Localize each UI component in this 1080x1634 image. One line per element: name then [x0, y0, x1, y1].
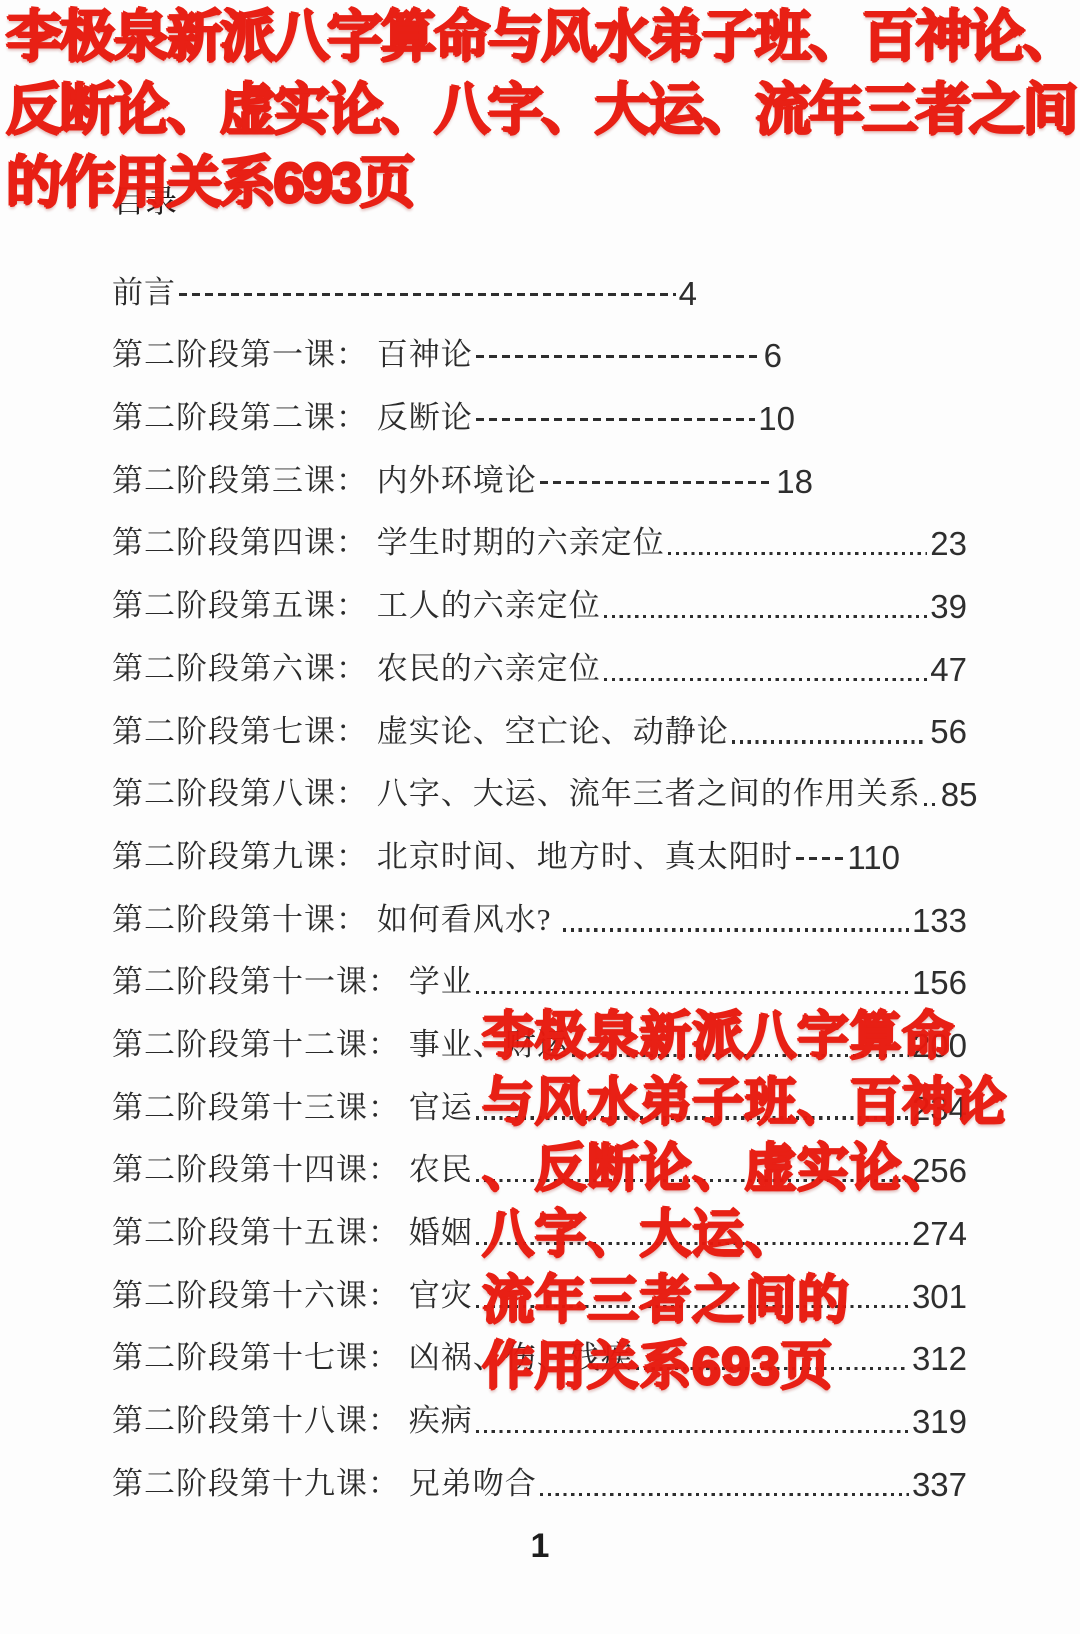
toc-row: 第二阶段第一课： 百神论 6 [112, 321, 782, 384]
watermark-middle-overlay: 李极泉新派八字算命 与风水弟子班、百神论 、反断论、虚实论、 八字、大运、 流年… [482, 1004, 1007, 1400]
toc-entry-label: 第二阶段第十三课： 官运 [112, 1092, 473, 1123]
toc-leader-line [476, 418, 756, 421]
toc-leader-line [668, 552, 928, 555]
toc-entry-label: 第二阶段第八课： 八字、大运、流年三者之间的作用关系 [112, 778, 921, 809]
toc-entry-page-number: 56 [930, 717, 967, 746]
toc-entry-label: 第二阶段第六课： 农民的六亲定位 [112, 653, 601, 684]
toc-leader-line [476, 355, 761, 358]
toc-row: 第二阶段第十一课： 学业 156 [112, 948, 967, 1011]
watermark-top-line-2: 反断论、虚实论、八字、大运、流年三者之间 [6, 73, 1076, 146]
toc-row: 第二阶段第二课： 反断论 10 [112, 383, 795, 446]
toc-entry-label: 第二阶段第七课： 虚实论、空亡论、动静论 [112, 716, 729, 747]
toc-leader-line [604, 615, 928, 618]
toc-entry-label: 第二阶段第二课： 反断论 [112, 402, 473, 433]
toc-leader-line [732, 740, 928, 743]
toc-entry-label: 第二阶段第十九课： 兄弟吻合 [112, 1468, 537, 1499]
toc-entry-label: 第二阶段第三课： 内外环境论 [112, 465, 537, 496]
toc-row: 前言 4 [112, 258, 697, 321]
toc-entry-page-number: 18 [776, 467, 813, 496]
toc-leader-line [796, 857, 845, 860]
toc-leader-line [540, 481, 774, 484]
toc-leader-line [563, 928, 909, 931]
toc-entry-page-number: 6 [764, 341, 782, 370]
toc-entry-label: 前言 [112, 277, 176, 308]
toc-leader-line [540, 1493, 909, 1496]
toc-entry-page-number: 47 [930, 655, 967, 684]
watermark-top-line-3: 的作用关系693页 [6, 146, 1076, 219]
toc-leader-line [924, 803, 938, 806]
watermark-mid-line-1: 李极泉新派八字算命 [482, 1004, 1007, 1070]
footer-page-number: 1 [0, 1527, 1080, 1566]
toc-row: 第二阶段第九课： 北京时间、地方时、真太阳时 110 [112, 822, 900, 885]
toc-row: 第二阶段第七课： 虚实论、空亡论、动静论 56 [112, 697, 967, 760]
toc-leader-line [476, 1430, 909, 1433]
toc-page: 目录 前言 4 第二阶段第一课： 百神论 6 第二阶段第二课： 反断论 10 第… [0, 0, 1080, 1634]
toc-row: 第二阶段第八课： 八字、大运、流年三者之间的作用关系 85 [112, 760, 967, 823]
toc-entry-label: 第二阶段第十课： 如何看风水? [112, 904, 560, 935]
toc-entry-label: 第二阶段第四课： 学生时期的六亲定位 [112, 527, 665, 558]
toc-entry-label: 第二阶段第十八课： 疾病 [112, 1405, 473, 1436]
toc-entry-page-number: 10 [758, 404, 795, 433]
watermark-mid-line-5: 流年三者之间的 [482, 1268, 1007, 1334]
toc-entry-page-number: 23 [930, 529, 967, 558]
toc-entry-page-number: 319 [912, 1407, 967, 1436]
toc-row: 第二阶段第三课： 内外环境论 18 [112, 446, 813, 509]
watermark-mid-line-6: 作用关系693页 [482, 1334, 1007, 1400]
toc-leader-line [604, 678, 928, 681]
toc-row: 第二阶段第四课： 学生时期的六亲定位 23 [112, 509, 967, 572]
toc-entry-page-number: 4 [679, 279, 697, 308]
toc-entry-page-number: 85 [941, 780, 978, 809]
toc-entry-page-number: 133 [912, 906, 967, 935]
toc-row: 第二阶段第十九课： 兄弟吻合 337 [112, 1449, 967, 1512]
toc-leader-line [476, 991, 909, 994]
toc-row: 第二阶段第六课： 农民的六亲定位 47 [112, 634, 967, 697]
toc-entry-label: 第二阶段第十一课： 学业 [112, 966, 473, 997]
watermark-mid-line-3: 、反断论、虚实论、 [482, 1136, 1007, 1202]
watermark-top-title: 李极泉新派八字算命与风水弟子班、百神论、 反断论、虚实论、八字、大运、流年三者之… [6, 0, 1076, 219]
toc-row: 第二阶段第十课： 如何看风水? 133 [112, 885, 967, 948]
toc-entry-page-number: 110 [847, 843, 900, 872]
toc-entry-page-number: 156 [912, 968, 967, 997]
watermark-top-line-1: 李极泉新派八字算命与风水弟子班、百神论、 [6, 0, 1076, 73]
toc-entry-label: 第二阶段第九课： 北京时间、地方时、真太阳时 [112, 841, 793, 872]
toc-leader-line [179, 293, 676, 296]
toc-entry-label: 第二阶段第五课： 工人的六亲定位 [112, 590, 601, 621]
toc-row: 第二阶段第五课： 工人的六亲定位 39 [112, 571, 967, 634]
toc-entry-label: 第二阶段第十五课： 婚姻 [112, 1217, 473, 1248]
toc-entry-label: 第二阶段第十四课： 农民 [112, 1154, 473, 1185]
watermark-mid-line-4: 八字、大运、 [482, 1202, 1007, 1268]
toc-entry-label: 第二阶段第十六课： 官灾 [112, 1280, 473, 1311]
toc-entry-label: 第二阶段第一课： 百神论 [112, 339, 473, 370]
watermark-mid-line-2: 与风水弟子班、百神论 [482, 1070, 1007, 1136]
toc-entry-page-number: 39 [930, 592, 967, 621]
toc-entry-page-number: 337 [912, 1470, 967, 1499]
